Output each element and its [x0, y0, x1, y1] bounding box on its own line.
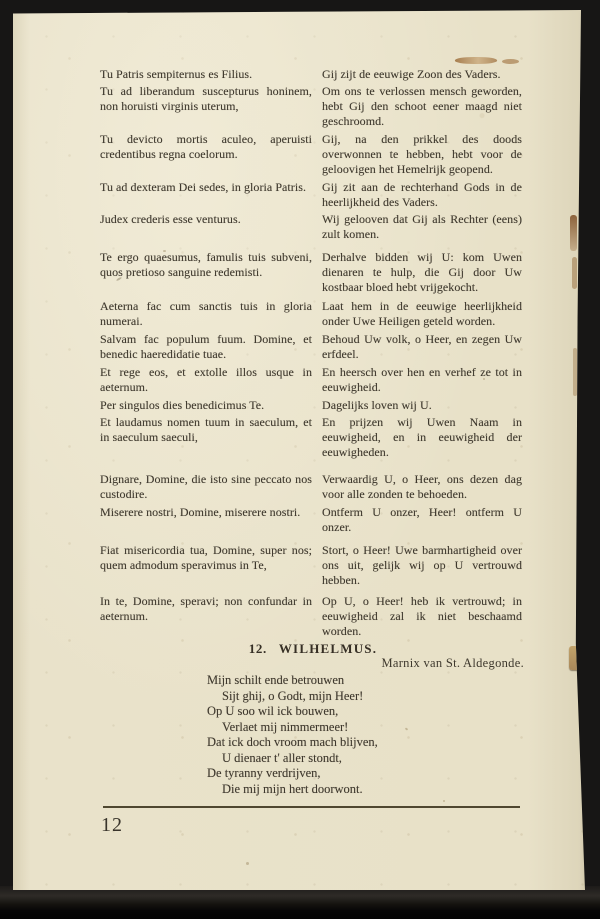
te-deum-row: Miserere nostri, Domine, miserere nostri…	[100, 505, 526, 535]
ink-smudge-stain	[455, 57, 497, 64]
latin-paragraph: Tu ad liberandum suscepturus honinem, no…	[100, 84, 312, 129]
latin-paragraph: Aeterna fac cum sanctis tuis in gloria n…	[100, 299, 312, 329]
te-deum-row: Tu ad liberandum suscepturus honinem, no…	[100, 84, 526, 129]
latin-paragraph: Et laudamus nomen tuum in saeculum, et i…	[100, 415, 312, 460]
latin-paragraph: Tu Patris sempiternus es Filius.	[100, 67, 312, 82]
dutch-paragraph: Om ons te verlossen mensch geworden, heb…	[322, 84, 522, 129]
te-deum-columns: Tu Patris sempiternus es Filius. Gij zij…	[100, 67, 526, 639]
poem-line: Op U soo wil ick bouwen,	[207, 704, 526, 720]
poem-line: U dienaer t' aller stondt,	[207, 751, 526, 767]
poem-line: Die mij mijn hert doorwont.	[207, 782, 526, 798]
te-deum-row: Judex crederis esse venturus. Wij geloov…	[100, 212, 526, 242]
dutch-paragraph: En prijzen wij Uwen Naam in eeuwigheid, …	[322, 415, 522, 460]
te-deum-row: In te, Domine, speravi; non confundar in…	[100, 594, 526, 639]
ink-smudge-stain	[502, 59, 519, 64]
dutch-paragraph: Verwaardig U, o Heer, ons dezen dag voor…	[322, 472, 522, 502]
poem-line: Mijn schilt ende betrouwen	[207, 673, 526, 689]
dutch-paragraph: Ontferm U onzer, Heer! ontferm U onzer.	[322, 505, 522, 535]
latin-paragraph: Te ergo quaesumus, famulis tuis subveni,…	[100, 250, 312, 295]
te-deum-row: Et rege eos, et extolle illos usque in a…	[100, 365, 526, 395]
latin-paragraph: Fiat misericordia tua, Domine, super nos…	[100, 543, 312, 588]
te-deum-row: Et laudamus nomen tuum in saeculum, et i…	[100, 415, 526, 460]
section-title: WILHELMUS.	[279, 641, 377, 656]
page-number: 12	[101, 814, 123, 836]
latin-paragraph: Per singulos dies benedicimus Te.	[100, 398, 312, 413]
dutch-paragraph: Wij gelooven dat Gij als Rechter (eens) …	[322, 212, 522, 242]
dutch-paragraph: Gij zijt de eeuwige Zoon des Vaders.	[322, 67, 522, 82]
section-heading: 12.WILHELMUS.	[100, 642, 526, 656]
latin-paragraph: In te, Domine, speravi; non confundar in…	[100, 594, 312, 639]
dutch-paragraph: Derhalve bidden wij U: kom Uwen dienaren…	[322, 250, 522, 295]
dutch-paragraph: Gij, na den prikkel des doods overwonnen…	[322, 132, 522, 177]
dutch-paragraph: Gij zit aan de rechterhand Gods in de he…	[322, 180, 522, 210]
dutch-paragraph: Op U, o Heer! heb ik vertrouwd; in eeuwi…	[322, 594, 522, 639]
page-edge-stain	[572, 257, 577, 289]
author-attribution: Marnix van St. Aldegonde.	[100, 657, 526, 670]
latin-paragraph: Et rege eos, et extolle illos usque in a…	[100, 365, 312, 395]
scan-bottom-shadow	[0, 886, 600, 919]
page-edge-stain	[573, 348, 577, 396]
poem-line: Dat ick doch vroom mach blijven,	[207, 735, 526, 751]
latin-paragraph: Tu devicto mortis aculeo, aperuisti cred…	[100, 132, 312, 177]
latin-paragraph: Salvam fac populum fuum. Domine, et bene…	[100, 332, 312, 362]
poem: Mijn schilt ende betrouwen Sijt ghij, o …	[207, 673, 526, 797]
dutch-paragraph: Dagelijks loven wij U.	[322, 398, 522, 413]
poem-line: Verlaet mij nimmermeer!	[207, 720, 526, 736]
paper-speck	[483, 378, 485, 380]
scanned-book-page: Tu Patris sempiternus es Filius. Gij zij…	[0, 0, 600, 919]
latin-paragraph: Dignare, Domine, die isto sine peccato n…	[100, 472, 312, 502]
te-deum-row: Salvam fac populum fuum. Domine, et bene…	[100, 332, 526, 362]
paper-speck	[443, 800, 445, 802]
section-number: 12.	[249, 641, 267, 656]
te-deum-row: Per singulos dies benedicimus Te. Dageli…	[100, 398, 526, 413]
book-page: Tu Patris sempiternus es Filius. Gij zij…	[13, 10, 585, 890]
te-deum-row: Aeterna fac cum sanctis tuis in gloria n…	[100, 299, 526, 329]
tape-remnant-stain	[569, 646, 580, 670]
te-deum-row: Tu ad dexteram Dei sedes, in gloria Patr…	[100, 180, 526, 210]
page-edge-stain	[570, 215, 577, 251]
paper-speck	[246, 862, 249, 865]
te-deum-row: Tu devicto mortis aculeo, aperuisti cred…	[100, 132, 526, 177]
page-content: Tu Patris sempiternus es Filius. Gij zij…	[13, 10, 585, 797]
dutch-paragraph: En heersch over hen en verhef ze tot in …	[322, 365, 522, 395]
dutch-paragraph: Behoud Uw volk, o Heer, en zegen Uw erfd…	[322, 332, 522, 362]
te-deum-row: Tu Patris sempiternus es Filius. Gij zij…	[100, 67, 526, 82]
te-deum-row: Dignare, Domine, die isto sine peccato n…	[100, 472, 526, 502]
poem-line: De tyranny verdrijven,	[207, 766, 526, 782]
footer-rule	[103, 806, 520, 808]
paper-speck	[163, 250, 166, 252]
poem-line: Sijt ghij, o Godt, mijn Heer!	[207, 689, 526, 705]
latin-paragraph: Tu ad dexteram Dei sedes, in gloria Patr…	[100, 180, 312, 210]
latin-paragraph: Miserere nostri, Domine, miserere nostri…	[100, 505, 312, 535]
latin-paragraph: Judex crederis esse venturus.	[100, 212, 312, 242]
dutch-paragraph: Laat hem in de eeuwige heerlijkheid onde…	[322, 299, 522, 329]
te-deum-row: Fiat misericordia tua, Domine, super nos…	[100, 543, 526, 588]
te-deum-row: Te ergo quaesumus, famulis tuis subveni,…	[100, 250, 526, 295]
dutch-paragraph: Stort, o Heer! Uwe barmhartigheid over o…	[322, 543, 522, 588]
